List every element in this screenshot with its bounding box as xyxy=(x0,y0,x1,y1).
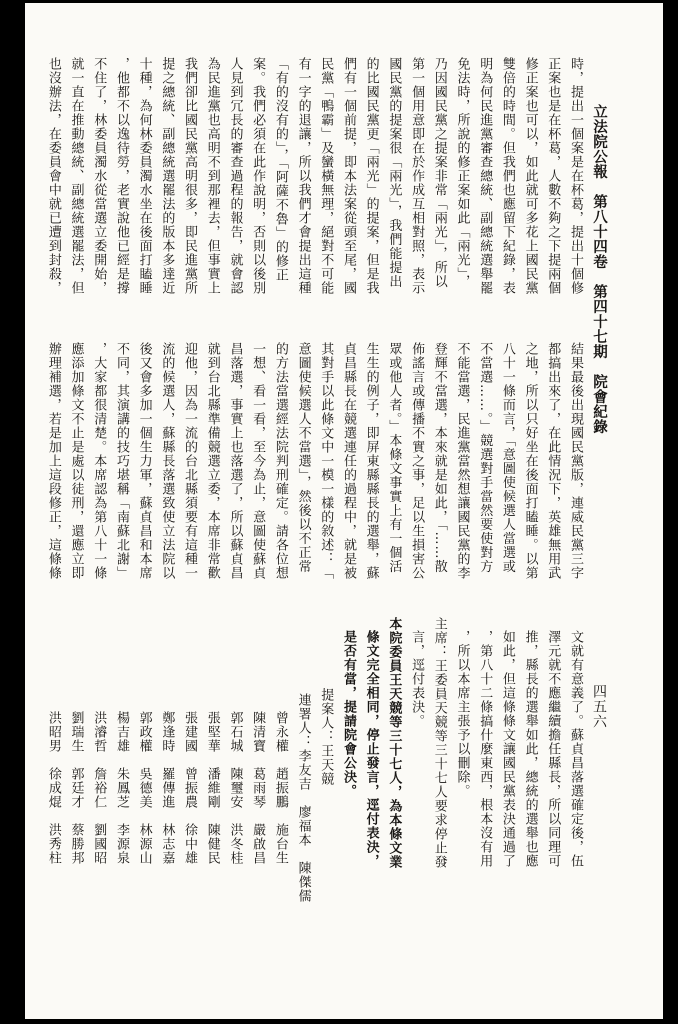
text-column-strip-3-9: 本院委員王天競等三十七人，為本條文業 xyxy=(382,617,405,982)
text-column-strip-1-5: 明為何民進黨審查總統、副總統選舉罷 xyxy=(472,57,495,302)
text-column-strip-1-2: 正案也是在杯葛，人數不夠之下提兩個 xyxy=(541,57,564,302)
text-column-strip-1-7: 乃因國民黨之提案非常「兩光」，所以 xyxy=(427,57,450,302)
page-border-right xyxy=(663,0,678,1024)
text-column-strip-1-19: 提之總統、副總統選罷法的版本多達近 xyxy=(155,57,178,302)
text-column-strip-3-3: 推，縣長的選舉如此，總統的選舉也應 xyxy=(518,630,541,982)
text-column-strip-2-6: 不能當選，民進黨當然想讓國民黨的李 xyxy=(450,342,473,587)
text-column-strip-3-13: 連署人：李友吉 廖福本 陳傑儒 xyxy=(291,693,314,982)
text-column-strip-3-15: 陳清寶 葛雨琴 嚴啟昌 xyxy=(245,711,268,982)
text-column-strip-1-13: 有一字的退讓，所以我們才會提出這種 xyxy=(291,57,314,302)
text-column-strip-3-17: 張堅華 潘維剛 陳健民 xyxy=(200,711,223,982)
text-column-strip-1-22: 不住了，林委員濁水從當選立委開始， xyxy=(87,57,110,302)
text-column-strip-2-13: 意圖使候選人不當選」，然後以不正常 xyxy=(291,342,314,587)
text-column-strip-1-8: 第一個用意即在於作成互相對照，表示 xyxy=(404,57,427,302)
text-column-strip-2-19: 流的候選人，蘇縣長落選致使立法院以 xyxy=(155,342,178,587)
page-border-top xyxy=(0,0,678,3)
text-column-strip-3-22: 洪濬哲 詹裕仁 劉國昭 xyxy=(87,711,110,982)
text-column-strip-3-2: 澤元就不應繼續擔任縣長，所以同理可 xyxy=(541,630,564,982)
text-column-strip-1-3: 修正案也可以，如此就可多花上國民黨 xyxy=(518,57,541,302)
text-column-strip-1-21: ，他都不以逸待勞，老實說他已經是撐 xyxy=(109,57,132,302)
text-column-strip-3-24: 洪昭男 徐成焜 洪秀柱 xyxy=(41,711,64,982)
text-column-strip-2-7: 登輝不當選，本來就是如此，「……散 xyxy=(427,342,450,587)
scanned-page: 立法院公報 第八十四卷 第四十七期 院會紀錄 四五六 時，提出一個案是在杯葛，提… xyxy=(0,0,678,1024)
text-column-strip-1-23: 就一直在推動總統、副總統選罷法，但 xyxy=(64,57,87,302)
text-column-strip-1-10: 的比國民黨更「兩光」的提案，但是我 xyxy=(359,57,382,302)
text-column-strip-3-6: ，所以本席主張予以刪除。 xyxy=(450,630,473,982)
text-strip-middle: 結果最後出現國民黨版，連威民黨三字都搞出來了，在此情況下，英雄無用武之地，所以只… xyxy=(40,342,586,587)
text-strip-top: 時，提出一個案是在杯葛，提出十個修正案也是在杯葛，人數不夠之下提兩個修正案也可以… xyxy=(40,57,586,302)
text-column-strip-3-5: ，第八十二條搞什麼東西，根本沒有用 xyxy=(472,630,495,982)
text-column-strip-2-18: 迎他，因為一流的台北縣須要有這種一 xyxy=(177,342,200,587)
text-column-strip-3-8: 言，逕付表決。 xyxy=(404,630,427,982)
text-column-strip-2-14: 的方法當選經法院判刑確定。請各位想 xyxy=(268,342,291,587)
text-column-strip-2-10: 生生的例子，即屏東縣縣長的選舉，蘇 xyxy=(359,342,382,587)
text-column-strip-1-6: 免法時，所說的修正案如此「兩光」， xyxy=(450,57,473,302)
text-column-strip-1-16: 人見到冗長的審查過程的報告，就會認 xyxy=(223,57,246,302)
page-number: 四五六 xyxy=(587,684,611,734)
text-column-strip-2-8: 佈謠言或傳播不實之事，足以生損害公 xyxy=(404,342,427,587)
text-column-strip-3-20: 郭政權 吳德美 林源山 xyxy=(132,711,155,982)
text-column-strip-1-24: 也沒辦法，在委員會中就已遭到封殺， xyxy=(41,57,64,302)
text-column-strip-2-22: ，大家都很清楚。本席認為第八十一條 xyxy=(87,342,110,587)
text-column-strip-2-5: 不當選……。」競選對手當然要使對方 xyxy=(472,342,495,587)
text-column-strip-1-1: 時，提出一個案是在杯葛，提出十個修 xyxy=(563,57,586,302)
page-border-bottom xyxy=(0,1019,678,1024)
text-column-strip-1-18: 我們卻比國民黨高明很多，即民進黨所 xyxy=(177,57,200,302)
text-column-strip-3-4: 如此，但這條條文讓國民黨表決通過了 xyxy=(495,630,518,982)
text-column-strip-3-10: 條文完全相同，停止發言，逕付表決， xyxy=(359,630,382,982)
page-border-left xyxy=(0,0,25,1024)
text-column-strip-2-15: 一想、看一看，至今為止，意圖使蘇貞 xyxy=(245,342,268,587)
text-column-strip-2-20: 後又會多加一個生力軍，蘇貞昌和本席 xyxy=(132,342,155,587)
text-column-strip-2-11: 貞昌縣長在競選連任的過程中，就是被 xyxy=(336,342,359,587)
text-column-strip-1-11: 們有一個前提，即本法案從頭至尾，國 xyxy=(336,57,359,302)
text-column-strip-1-9: 國民黨的提案很「兩光」，我們能提出 xyxy=(382,57,405,302)
text-column-strip-1-12: 民黨「鴨霸」及蠻橫無理，絕對不可能 xyxy=(314,57,337,302)
text-column-strip-1-15: 案。我們必須在此作說明，否則以後別 xyxy=(245,57,268,302)
text-column-strip-2-23: 應添加條文不止是處以徒刑，還應立即 xyxy=(64,342,87,587)
text-column-strip-2-21: 不同，其演講的技巧堪稱「南蘇北謝」 xyxy=(109,342,132,587)
text-column-strip-2-16: 昌落選，事實上也落選了，所以蘇貞昌 xyxy=(223,342,246,587)
text-column-strip-3-1: 文就有意義了。蘇貞昌落選確定後，伍 xyxy=(563,630,586,982)
text-column-strip-1-20: 十種，為何林委員濁水坐在後面打瞌睡 xyxy=(132,57,155,302)
text-column-strip-3-11: 是否有當，提請院會公決。 xyxy=(336,630,359,982)
text-column-strip-1-17: 為民進黨也高明不到那裡去，但事實上 xyxy=(200,57,223,302)
text-column-strip-2-17: 就到台北縣準備競選立委，本席非常歡 xyxy=(200,342,223,587)
text-column-strip-3-19: 鄭逢時 羅傳進 林志嘉 xyxy=(155,711,178,982)
text-column-strip-2-3: 之地，所以只好坐在後面打瞌睡。以第 xyxy=(518,342,541,587)
text-column-strip-3-21: 楊吉雄 朱鳳芝 李源泉 xyxy=(109,711,132,982)
text-column-strip-2-12: 其對手以此條文中一模一樣的敘述：「 xyxy=(314,342,337,587)
text-column-strip-2-24: 辦理補選，若是加上這段修正，這條條 xyxy=(41,342,64,587)
text-column-strip-3-18: 張建國 曾振農 徐中雄 xyxy=(177,711,200,982)
text-strip-bottom: 文就有意義了。蘇貞昌落選確定後，伍澤元就不應繼續擔任縣長，所以同理可推，縣長的選… xyxy=(40,617,586,982)
text-column-strip-1-4: 雙倍的時間。但我們也應留下紀錄，表 xyxy=(495,57,518,302)
text-column-strip-2-9: 眾或他人者。」本條文事實上有一個活 xyxy=(382,342,405,587)
text-column-strip-1-14: 「有的沒有的」，「阿薩不魯」的修正 xyxy=(268,57,291,302)
text-column-strip-2-1: 結果最後出現國民黨版，連威民黨三字 xyxy=(563,342,586,587)
text-column-strip-3-14: 曾永權 趙振鵬 施台生 xyxy=(268,711,291,982)
text-column-strip-3-12: 提案人：王天競 xyxy=(314,688,337,982)
text-column-strip-2-4: 八十一條而言，「意圖使候選人當選或 xyxy=(495,342,518,587)
text-column-strip-2-2: 都搞出來了，在此情況下，英雄無用武 xyxy=(541,342,564,587)
gazette-header: 立法院公報 第八十四卷 第四十七期 院會紀錄 xyxy=(586,104,613,434)
text-column-strip-3-16: 郭石城 陳璽安 洪冬桂 xyxy=(223,711,246,982)
text-column-strip-3-7: 主席：王委員天競等三十七人要求停止發 xyxy=(427,617,450,982)
text-column-strip-3-23: 劉瑞生 郭廷才 蔡勝邦 xyxy=(64,711,87,982)
